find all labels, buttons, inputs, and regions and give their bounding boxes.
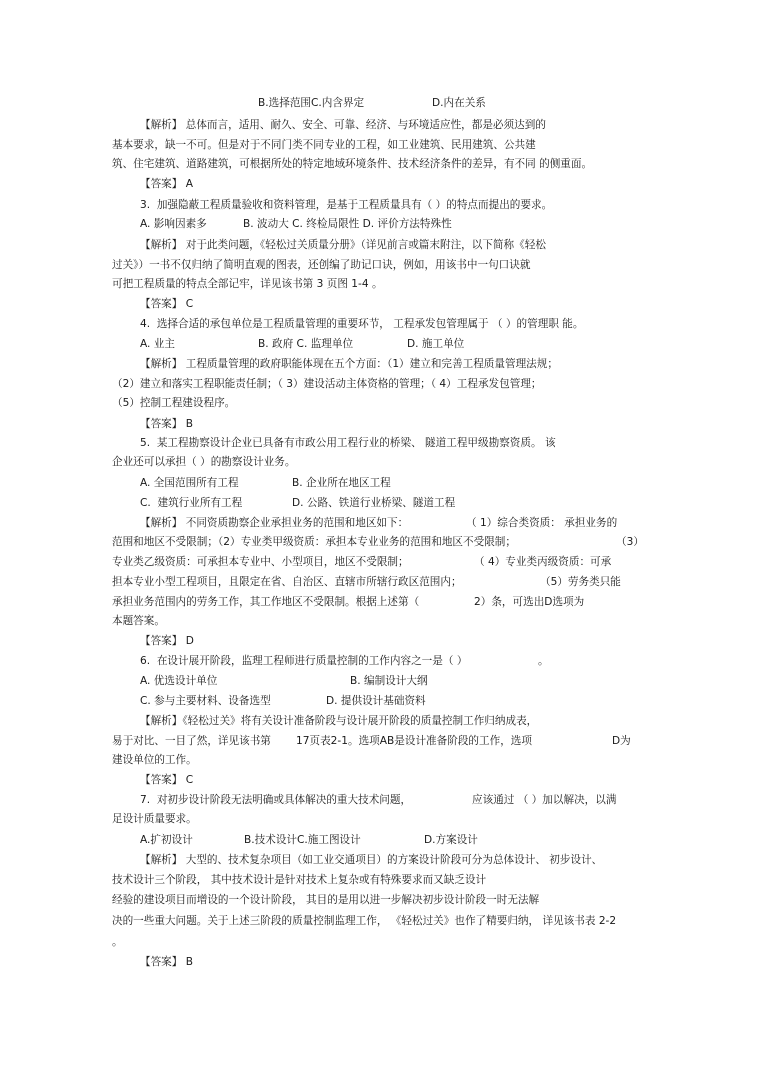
- text-segment: A. 全国范围所有工程: [140, 476, 239, 490]
- text-segment: D. 提供设计基础资料: [326, 694, 426, 708]
- text-segment: （5）控制工程建设程序。: [112, 396, 235, 410]
- text-segment: 本题答案。: [112, 614, 165, 628]
- text-segment: 。: [112, 935, 123, 949]
- text-segment: B.选择范围C.内含界定: [258, 96, 364, 110]
- document-page: B.选择范围C.内含界定D.内在关系【解析】 总体而言，适用、耐久、安全、可靠、…: [0, 0, 762, 1080]
- text-segment: 担本专业小型工程项目，且限定在省、自治区、直辖市所辖行政区范围内；: [112, 575, 462, 589]
- text-segment: 承担业务范围内的劳务工作，其工作地区不受限制。根据上述第（: [112, 595, 419, 609]
- text-segment: 17页表2-1。选项AB是设计准备阶段的工作，选项: [296, 734, 532, 748]
- text-segment: D.内在关系: [432, 96, 486, 110]
- text-segment: 【解析】 对于此类问题，《轻松过关质量分册》（详见前言或篇末附注，以下简称《轻松: [140, 238, 546, 252]
- text-segment: 过关》）一书不仅归纳了简明直观的图表，还创编了助记口诀，例如，用该书中一句口诀就: [112, 258, 530, 272]
- text-segment: （ 4）专业类丙级资质：可承: [474, 555, 611, 569]
- text-segment: A.扩初设计: [140, 833, 193, 847]
- text-segment: 。: [538, 654, 549, 668]
- text-segment: 4. 选择合适的承包单位是工程质量管理的重要环节， 工程承发包管理属于 （ ）的…: [140, 317, 583, 331]
- text-segment: 【解析】 不同资质勘察企业承担业务的范围和地区如下：: [140, 516, 408, 530]
- text-segment: B. 波动大 C. 终检局限性 D. 评价方法特殊性: [243, 217, 452, 231]
- text-segment: （2）建立和落实工程职能责任制；（ 3）建设活动主体资格的管理；（ 4）工程承发…: [112, 377, 542, 391]
- text-segment: B.技术设计C.施工图设计: [244, 833, 361, 847]
- text-segment: 应该通过 （ ）加以解决，以满: [472, 793, 616, 807]
- text-segment: 【答案】 B: [140, 417, 193, 431]
- text-segment: 7. 对初步设计阶段无法明确或具体解决的重大技术问题，: [140, 793, 411, 807]
- text-segment: C. 参与主要材料、设备选型: [140, 694, 271, 708]
- text-segment: 筑、住宅建筑、道路建筑，可根据所处的特定地域环境条件、技术经济条件的差异，有不同…: [112, 157, 592, 171]
- text-segment: 【解析】 总体而言，适用、耐久、安全、可靠、经济、与环境适应性，都是必须达到的: [140, 118, 546, 132]
- text-segment: B. 政府 C. 监理单位: [258, 337, 353, 351]
- text-segment: 【答案】 D: [140, 634, 194, 648]
- text-segment: 基本要求，缺一不可。但是对于不同门类不同专业的工程，如工业建筑、民用建筑、公共建: [112, 138, 536, 152]
- text-segment: A. 优选设计单位: [140, 674, 217, 688]
- text-segment: D. 公路、铁道行业桥梁、隧道工程: [292, 496, 455, 510]
- text-segment: （ 1）综合类资质： 承担业务的: [466, 516, 617, 530]
- text-segment: 2）条，可选出D选项为: [474, 595, 584, 609]
- text-segment: C. 建筑行业所有工程: [140, 496, 242, 510]
- text-segment: 3. 加强隐蔽工程质量验收和资料管理，是基于工程质量具有（ ）的特点而提出的要求…: [140, 198, 552, 212]
- text-segment: 【解析】 大型的、技术复杂项目（如工业交通项目）的方案设计阶段可分为总体设计、 …: [140, 853, 602, 867]
- text-segment: 【解析】 工程质量管理的政府职能体现在五个方面：（1）建立和完善工程质量管理法规…: [140, 357, 558, 371]
- text-segment: 【答案】 C: [140, 297, 193, 311]
- text-segment: D.方案设计: [424, 833, 478, 847]
- text-segment: B. 编制设计大纲: [350, 674, 428, 688]
- text-segment: B. 企业所在地区工程: [292, 476, 391, 490]
- text-segment: 技术设计三个阶段， 其中技术设计是针对技术上复杂或有特殊要求而又缺乏设计: [112, 873, 486, 887]
- text-segment: D. 施工单位: [407, 337, 464, 351]
- text-segment: 可把工程质量的特点全部记牢，详见该书第 3 页图 1-4 。: [112, 277, 383, 291]
- text-segment: 【答案】 B: [140, 955, 193, 969]
- text-segment: （3）: [616, 535, 644, 549]
- text-segment: 企业还可以承担（ ）的勘察设计业务。: [112, 455, 295, 469]
- text-segment: 经验的建设项目而增设的一个设计阶段， 其目的是用以进一步解决初步设计阶段一时无法…: [112, 893, 539, 907]
- text-segment: （5）劳务类只能: [540, 575, 621, 589]
- text-segment: 【答案】 C: [140, 773, 193, 787]
- text-segment: 专业类乙级资质：可承担本专业中、小型项目，地区不受限制；: [112, 555, 409, 569]
- text-segment: A. 业主: [140, 337, 175, 351]
- text-segment: 【答案】 A: [140, 177, 193, 191]
- text-segment: A. 影响因素多: [140, 217, 207, 231]
- text-segment: 足设计质量要求。: [112, 812, 197, 826]
- text-segment: 6. 在设计展开阶段，监理工程师进行质量控制的工作内容之一是（ ）: [140, 654, 467, 668]
- text-segment: 【解析】《轻松过关》将有关设计准备阶段与设计展开阶段的质量控制工作归纳成表，: [140, 714, 537, 728]
- text-segment: 5. 某工程勘察设计企业已具备有市政公用工程行业的桥梁、 隧道工程甲级勘察资质。…: [140, 436, 556, 450]
- text-segment: D为: [612, 734, 631, 748]
- text-segment: 建设单位的工作。: [112, 753, 197, 767]
- text-segment: 易于对比、一目了然，详见该书第: [112, 734, 271, 748]
- text-segment: 决的一些重大问题。关于上述三阶段的质量控制监理工作， 《轻松过关》也作了精要归纳…: [112, 914, 616, 928]
- text-segment: 范围和地区不受限制；（2）专业类甲级资质：承担本专业业务的范围和地区不受限制；: [112, 535, 516, 549]
